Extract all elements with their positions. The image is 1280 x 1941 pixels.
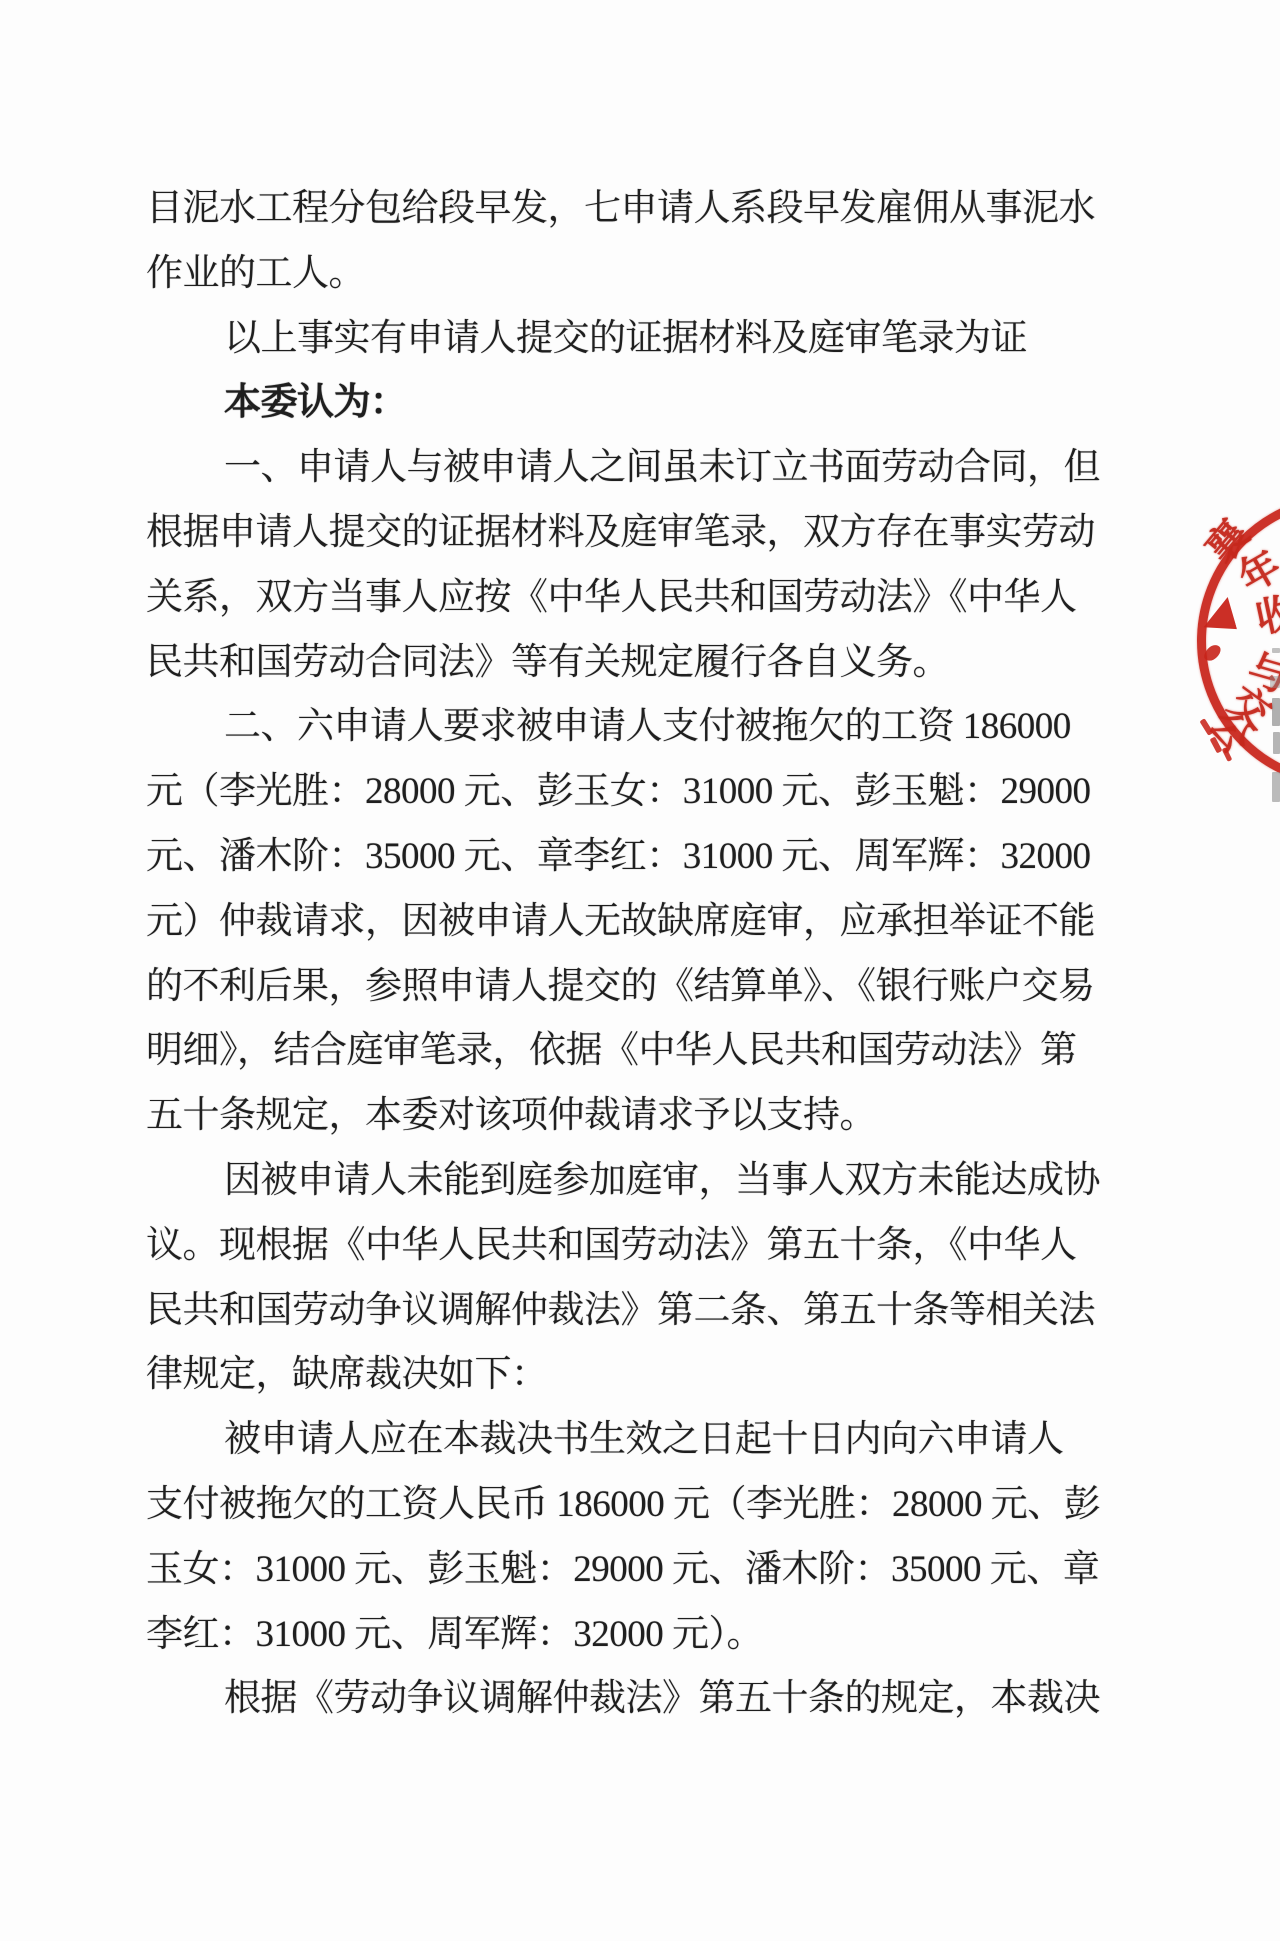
text-line: 玉女：31000 元、彭玉魁：29000 元、潘木阶：35000 元、章 — [146, 1538, 1156, 1603]
text-line: 元、潘木阶：35000 元、章李红：31000 元、周军辉：32000 — [146, 825, 1156, 890]
text-line: 作业的工人。 — [146, 242, 1156, 307]
text-line: 民共和国劳动合同法》等有关规定履行各自义务。 — [146, 631, 1156, 696]
text-line: 民共和国劳动争议调解仲裁法》第二条、第五十条等相关法 — [146, 1279, 1156, 1344]
text-line: 根据《劳动争议调解仲裁法》第五十条的规定，本裁决 — [146, 1667, 1156, 1732]
edge-artifact — [1272, 772, 1280, 802]
edge-artifact — [1270, 676, 1280, 688]
text-line: 目泥水工程分包给段早发，七申请人系段早发雇佣从事泥水 — [146, 177, 1156, 242]
text-line: 元（李光胜：28000 元、彭玉女：31000 元、彭玉魁：29000 — [146, 760, 1156, 825]
text-line: 李红：31000 元、周军辉：32000 元）。 — [146, 1603, 1156, 1668]
text-line: 的不利后果，参照申请人提交的《结算单》、《银行账户交易 — [146, 955, 1156, 1020]
text-line: 二、六申请人要求被申请人支付被拖欠的工资 186000 — [146, 695, 1156, 760]
text-line: 一、申请人与被申请人之间虽未订立书面劳动合同，但 — [146, 436, 1156, 501]
text-line-heading: 本委认为： — [146, 371, 1156, 436]
text-line: 因被申请人未能到庭参加庭审，当事人双方未能达成协 — [146, 1149, 1156, 1214]
text-line: 明细》，结合庭审笔录，依据《中华人民共和国劳动法》第 — [146, 1019, 1156, 1084]
text-line: 根据申请人提交的证据材料及庭审笔录，双方存在事实劳动 — [146, 501, 1156, 566]
text-line: 支付被拖欠的工资人民币 186000 元（李光胜：28000 元、彭 — [146, 1473, 1156, 1538]
document-page: 目泥水工程分包给段早发，七申请人系段早发雇佣从事泥水 作业的工人。 以上事实有申… — [0, 0, 1280, 1941]
document-text-block: 目泥水工程分包给段早发，七申请人系段早发雇佣从事泥水 作业的工人。 以上事实有申… — [146, 177, 1156, 1732]
text-line: 五十条规定，本委对该项仲裁请求予以支持。 — [146, 1084, 1156, 1149]
text-line: 关系，双方当事人应按《中华人民共和国劳动法》《中华人 — [146, 566, 1156, 631]
text-line: 被申请人应在本裁决书生效之日起十日内向六申请人 — [146, 1408, 1156, 1473]
text-line: 元）仲裁请求，因被申请人无故缺席庭审，应承担举证不能 — [146, 890, 1156, 955]
edge-artifact — [1272, 698, 1280, 726]
text-line: 议。现根据《中华人民共和国劳动法》第五十条，《中华人 — [146, 1214, 1156, 1279]
edge-artifact — [1272, 648, 1280, 653]
edge-artifact — [1273, 732, 1280, 754]
text-line: 以上事实有申请人提交的证据材料及庭审笔录为证 — [146, 307, 1156, 372]
text-line: 律规定，缺席裁决如下： — [146, 1343, 1156, 1408]
